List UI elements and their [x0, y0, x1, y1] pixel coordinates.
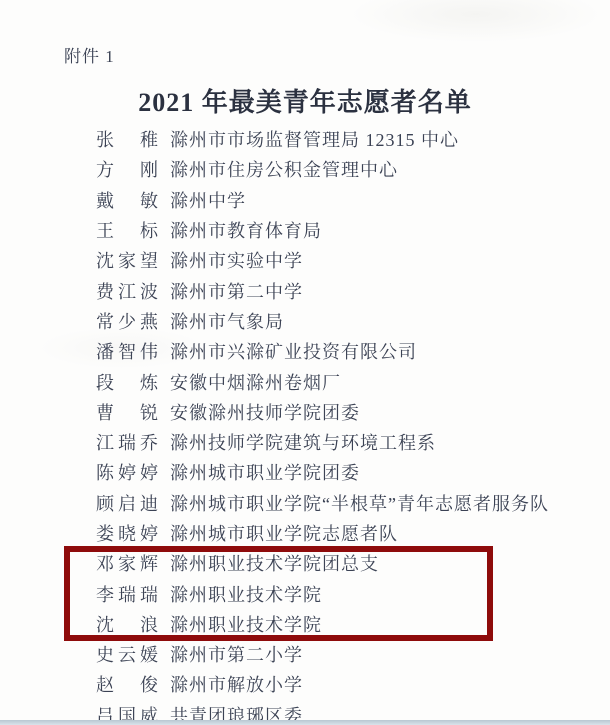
volunteer-name: 常少燕: [96, 308, 158, 334]
volunteer-org: 滁州城市职业学院团委: [170, 459, 360, 485]
name-char: 戴: [96, 187, 114, 213]
volunteer-org: 安徽滁州技师学院团委: [170, 399, 360, 425]
list-row: 曹锐安徽滁州技师学院团委: [96, 397, 610, 427]
volunteer-name: 娄晓婷: [96, 520, 158, 546]
volunteer-org: 滁州城市职业学院“半根草”青年志愿者服务队: [170, 490, 549, 516]
name-char: 迪: [140, 490, 158, 516]
name-char: 瑞: [118, 581, 136, 607]
name-char: 敏: [140, 187, 158, 213]
name-char: 炼: [140, 369, 158, 395]
list-row: 娄晓婷滁州城市职业学院志愿者队: [96, 518, 610, 548]
volunteer-list: 张稚滁州市市场监督管理局 12315 中心方刚滁州市住房公积金管理中心戴敏滁州中…: [96, 124, 610, 725]
list-row: 沈家望滁州市实验中学: [96, 245, 610, 275]
list-row: 戴敏滁州中学: [96, 185, 610, 215]
name-char: 标: [140, 217, 158, 243]
name-char: 瑞: [118, 429, 136, 455]
name-char: 俊: [140, 671, 158, 697]
volunteer-name: 曹锐: [96, 399, 158, 425]
volunteer-org: 滁州职业技术学院团总支: [170, 550, 379, 576]
name-char: 江: [118, 278, 136, 304]
name-char: 锐: [140, 399, 158, 425]
name-char: 波: [140, 278, 158, 304]
name-char: 乔: [140, 429, 158, 455]
volunteer-name: 史云媛: [96, 641, 158, 667]
name-char: 王: [96, 217, 114, 243]
name-char: 曹: [96, 399, 114, 425]
volunteer-org: 滁州市教育体育局: [170, 217, 322, 243]
volunteer-name: 李瑞瑞: [96, 581, 158, 607]
name-char: 浪: [140, 611, 158, 637]
volunteer-name: 王标: [96, 217, 158, 243]
name-char: 云: [118, 641, 136, 667]
volunteer-name: 费江波: [96, 278, 158, 304]
volunteer-org: 滁州市住房公积金管理中心: [170, 156, 398, 182]
volunteer-name: 邓家辉: [96, 550, 158, 576]
volunteer-org: 滁州职业技术学院: [170, 581, 322, 607]
list-row: 李瑞瑞滁州职业技术学院: [96, 578, 610, 608]
name-char: 邓: [96, 550, 114, 576]
list-row: 段炼安徽中烟滁州卷烟厂: [96, 366, 610, 396]
name-char: 沈: [96, 611, 114, 637]
list-row: 王标滁州市教育体育局: [96, 215, 610, 245]
name-char: 稚: [140, 126, 158, 152]
list-row: 张稚滁州市市场监督管理局 12315 中心: [96, 124, 610, 154]
name-char: 家: [118, 550, 136, 576]
list-row: 费江波滁州市第二中学: [96, 275, 610, 305]
list-row: 史云媛滁州市第二小学: [96, 639, 610, 669]
name-char: 常: [96, 308, 114, 334]
name-char: 顾: [96, 490, 114, 516]
volunteer-org: 滁州市第二中学: [170, 278, 303, 304]
volunteer-org: 滁州职业技术学院: [170, 611, 322, 637]
volunteer-org: 滁州市第二小学: [170, 641, 303, 667]
name-char: 启: [118, 490, 136, 516]
name-char: 智: [118, 338, 136, 364]
name-char: 江: [96, 429, 114, 455]
volunteer-name: 段炼: [96, 369, 158, 395]
volunteer-name: 张稚: [96, 126, 158, 152]
volunteer-name: 顾启迪: [96, 490, 158, 516]
name-char: 潘: [96, 338, 114, 364]
volunteer-name: 戴敏: [96, 187, 158, 213]
name-char: 费: [96, 278, 114, 304]
volunteer-name: 陈婷婷: [96, 459, 158, 485]
volunteer-org: 滁州城市职业学院志愿者队: [170, 520, 398, 546]
name-char: 望: [140, 247, 158, 273]
name-char: 晓: [118, 520, 136, 546]
list-row: 陈婷婷滁州城市职业学院团委: [96, 457, 610, 487]
volunteer-name: 沈家望: [96, 247, 158, 273]
name-char: 张: [96, 126, 114, 152]
name-char: 李: [96, 581, 114, 607]
name-char: 刚: [140, 156, 158, 182]
name-char: 少: [118, 308, 136, 334]
list-row: 潘智伟滁州市兴滁矿业投资有限公司: [96, 336, 610, 366]
name-char: 娄: [96, 520, 114, 546]
list-row: 江瑞乔滁州技师学院建筑与环境工程系: [96, 427, 610, 457]
name-char: 陈: [96, 459, 114, 485]
volunteer-name: 潘智伟: [96, 338, 158, 364]
name-char: 段: [96, 369, 114, 395]
list-row: 沈浪滁州职业技术学院: [96, 609, 610, 639]
list-row: 常少燕滁州市气象局: [96, 306, 610, 336]
name-char: 婷: [140, 459, 158, 485]
volunteer-org: 滁州技师学院建筑与环境工程系: [170, 429, 436, 455]
name-char: 史: [96, 641, 114, 667]
volunteer-org: 滁州市市场监督管理局 12315 中心: [170, 126, 459, 152]
name-char: 辉: [140, 550, 158, 576]
volunteer-name: 江瑞乔: [96, 429, 158, 455]
name-char: 婷: [140, 520, 158, 546]
volunteer-org: 滁州市兴滁矿业投资有限公司: [170, 338, 417, 364]
document-title: 2021 年最美青年志愿者名单: [0, 82, 610, 119]
name-char: 家: [118, 247, 136, 273]
list-row: 方刚滁州市住房公积金管理中心: [96, 154, 610, 184]
volunteer-name: 方刚: [96, 156, 158, 182]
annex-label: 附件 1: [64, 42, 115, 67]
list-row: 邓家辉滁州职业技术学院团总支: [96, 548, 610, 578]
volunteer-name: 沈浪: [96, 611, 158, 637]
name-char: 瑞: [140, 581, 158, 607]
volunteer-org: 安徽中烟滁州卷烟厂: [170, 369, 341, 395]
scanned-document-page: 附件 1 2021 年最美青年志愿者名单 张稚滁州市市场监督管理局 12315 …: [0, 0, 610, 725]
name-char: 燕: [140, 308, 158, 334]
name-char: 伟: [140, 338, 158, 364]
list-row: 顾启迪滁州城市职业学院“半根草”青年志愿者服务队: [96, 488, 610, 518]
volunteer-org: 滁州市解放小学: [170, 671, 303, 697]
name-char: 赵: [96, 671, 114, 697]
volunteer-org: 滁州中学: [170, 187, 246, 213]
volunteer-org: 滁州市实验中学: [170, 247, 303, 273]
name-char: 沈: [96, 247, 114, 273]
list-row: 赵俊滁州市解放小学: [96, 669, 610, 699]
volunteer-name: 赵俊: [96, 671, 158, 697]
name-char: 媛: [140, 641, 158, 667]
scan-edge-strip: [0, 720, 610, 725]
volunteer-org: 滁州市气象局: [170, 308, 284, 334]
name-char: 婷: [118, 459, 136, 485]
name-char: 方: [96, 156, 114, 182]
